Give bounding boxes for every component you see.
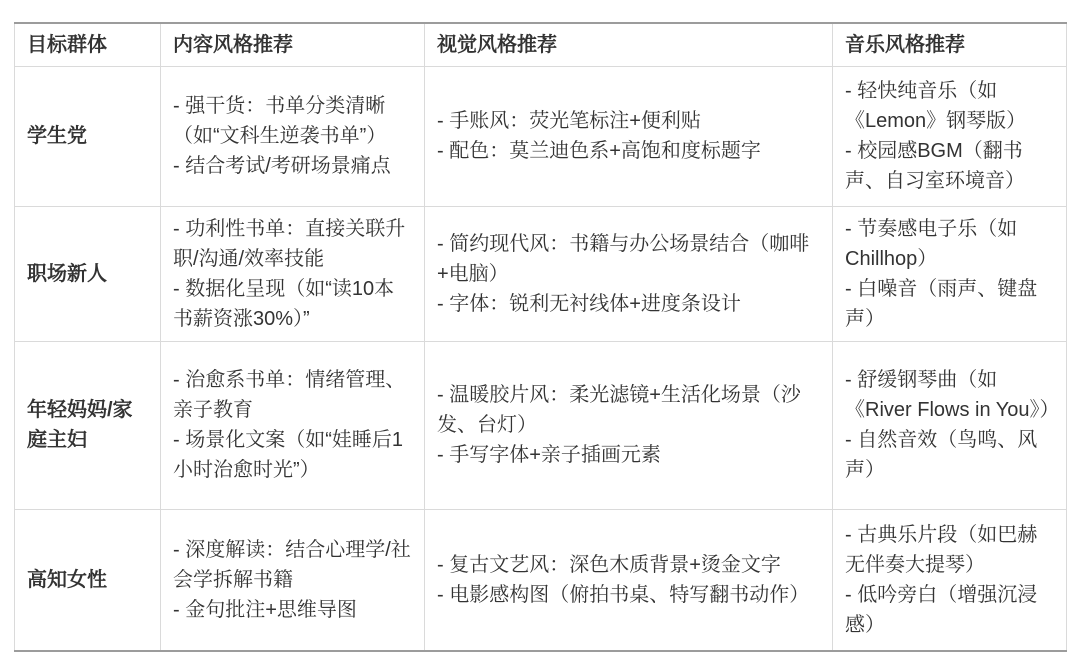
content-style-cell-educated-women: - 深度解读：结合心理学/社会学拆解书籍 - 金句批注+思维导图	[161, 509, 425, 651]
bullet-item: - 强干货：书单分类清晰（如“文科生逆袭书单”）	[173, 91, 412, 151]
table-row-students: 学生党 - 强干货：书单分类清晰（如“文科生逆袭书单”） - 结合考试/考研场景…	[15, 66, 1067, 206]
music-style-cell-educated-women: - 古典乐片段（如巴赫无伴奏大提琴） - 低吟旁白（增强沉浸感）	[833, 509, 1067, 651]
header-content-style: 内容风格推荐	[161, 23, 425, 66]
bullet-item: - 金句批注+思维导图	[173, 595, 412, 625]
content-style-cell-students: - 强干货：书单分类清晰（如“文科生逆袭书单”） - 结合考试/考研场景痛点	[161, 66, 425, 206]
group-label-educated-women: 高知女性	[15, 509, 161, 651]
table-row-educated-women: 高知女性 - 深度解读：结合心理学/社会学拆解书籍 - 金句批注+思维导图 - …	[15, 509, 1067, 651]
bullet-item: - 舒缓钢琴曲（如《River Flows in You》）	[845, 365, 1054, 425]
bullet-item: - 场景化文案（如“娃睡后1小时治愈时光”）	[173, 425, 412, 485]
bullet-item: - 功利性书单：直接关联升职/沟通/效率技能	[173, 214, 412, 274]
visual-style-cell-young-moms: - 温暖胶片风：柔光滤镜+生活化场景（沙发、台灯） - 手写字体+亲子插画元素	[425, 341, 833, 509]
bullet-item: - 温暖胶片风：柔光滤镜+生活化场景（沙发、台灯）	[437, 380, 820, 440]
page: 目标群体 内容风格推荐 视觉风格推荐 音乐风格推荐 学生党 - 强干货：书单分类…	[0, 0, 1080, 663]
music-style-cell-young-moms: - 舒缓钢琴曲（如《River Flows in You》） - 自然音效（鸟鸣…	[833, 341, 1067, 509]
bullet-item: - 结合考试/考研场景痛点	[173, 151, 412, 181]
content-style-cell-young-moms: - 治愈系书单：情绪管理、亲子教育 - 场景化文案（如“娃睡后1小时治愈时光”）	[161, 341, 425, 509]
visual-style-cell-students: - 手账风：荧光笔标注+便利贴 - 配色：莫兰迪色系+高饱和度标题字	[425, 66, 833, 206]
header-target-group: 目标群体	[15, 23, 161, 66]
bullet-item: - 节奏感电子乐（如Chillhop）	[845, 214, 1054, 274]
group-label-young-moms: 年轻妈妈/家庭主妇	[15, 341, 161, 509]
bullet-item: - 手账风：荧光笔标注+便利贴	[437, 106, 820, 136]
bullet-item: - 简约现代风：书籍与办公场景结合（咖啡+电脑）	[437, 229, 820, 289]
bullet-item: - 校园感BGM（翻书声、自习室环境音）	[845, 136, 1054, 196]
visual-style-cell-workplace-newcomers: - 简约现代风：书籍与办公场景结合（咖啡+电脑） - 字体：锐利无衬线体+进度条…	[425, 206, 833, 341]
bullet-item: - 电影感构图（俯拍书桌、特写翻书动作）	[437, 580, 820, 610]
group-label-workplace-newcomers: 职场新人	[15, 206, 161, 341]
bullet-item: - 治愈系书单：情绪管理、亲子教育	[173, 365, 412, 425]
bullet-item: - 数据化呈现（如“读10本书薪资涨30%）”	[173, 274, 412, 334]
bullet-item: - 深度解读：结合心理学/社会学拆解书籍	[173, 535, 412, 595]
bullet-item: - 轻快纯音乐（如《Lemon》钢琴版）	[845, 76, 1054, 136]
header-music-style: 音乐风格推荐	[833, 23, 1067, 66]
content-style-cell-workplace-newcomers: - 功利性书单：直接关联升职/沟通/效率技能 - 数据化呈现（如“读10本书薪资…	[161, 206, 425, 341]
bullet-item: - 复古文艺风：深色木质背景+烫金文字	[437, 550, 820, 580]
header-visual-style: 视觉风格推荐	[425, 23, 833, 66]
table-row-young-moms: 年轻妈妈/家庭主妇 - 治愈系书单：情绪管理、亲子教育 - 场景化文案（如“娃睡…	[15, 341, 1067, 509]
group-label-students: 学生党	[15, 66, 161, 206]
style-recommendation-table: 目标群体 内容风格推荐 视觉风格推荐 音乐风格推荐 学生党 - 强干货：书单分类…	[14, 22, 1067, 652]
music-style-cell-students: - 轻快纯音乐（如《Lemon》钢琴版） - 校园感BGM（翻书声、自习室环境音…	[833, 66, 1067, 206]
bullet-item: - 配色：莫兰迪色系+高饱和度标题字	[437, 136, 820, 166]
music-style-cell-workplace-newcomers: - 节奏感电子乐（如Chillhop） - 白噪音（雨声、键盘声）	[833, 206, 1067, 341]
bullet-item: - 自然音效（鸟鸣、风声）	[845, 425, 1054, 485]
visual-style-cell-educated-women: - 复古文艺风：深色木质背景+烫金文字 - 电影感构图（俯拍书桌、特写翻书动作）	[425, 509, 833, 651]
table-row-workplace-newcomers: 职场新人 - 功利性书单：直接关联升职/沟通/效率技能 - 数据化呈现（如“读1…	[15, 206, 1067, 341]
bullet-item: - 古典乐片段（如巴赫无伴奏大提琴）	[845, 520, 1054, 580]
bullet-item: - 低吟旁白（增强沉浸感）	[845, 580, 1054, 640]
bullet-item: - 白噪音（雨声、键盘声）	[845, 274, 1054, 334]
bullet-item: - 手写字体+亲子插画元素	[437, 440, 820, 470]
header-row: 目标群体 内容风格推荐 视觉风格推荐 音乐风格推荐	[15, 23, 1067, 66]
bullet-item: - 字体：锐利无衬线体+进度条设计	[437, 289, 820, 319]
